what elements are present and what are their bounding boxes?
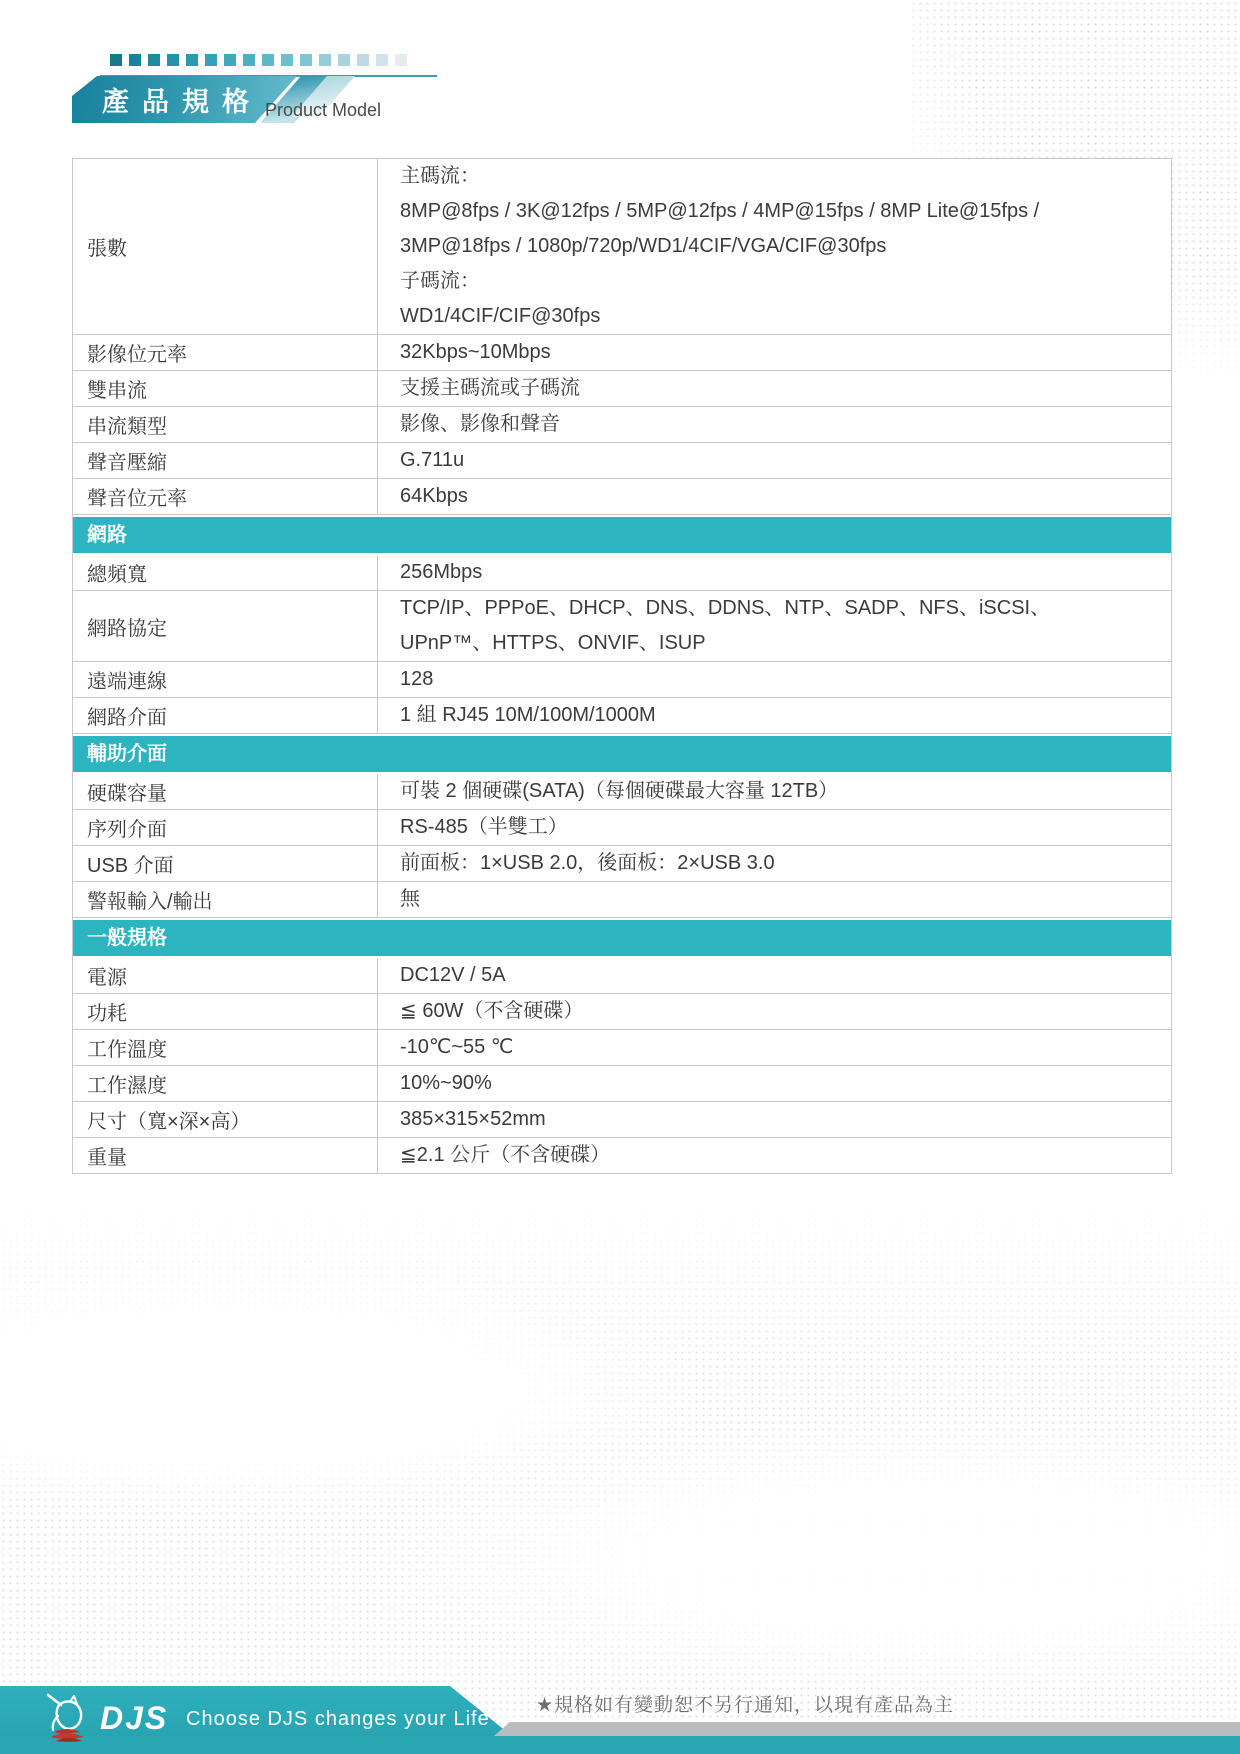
spec-row-label: 重量: [73, 1138, 378, 1173]
spec-row-label: 工作溫度: [73, 1030, 378, 1065]
spec-row-label: USB 介面: [73, 846, 378, 881]
spec-row-label: 影像位元率: [73, 335, 378, 370]
spec-row-value: 影像、影像和聲音: [378, 407, 1171, 442]
spec-row: 遠端連線128: [73, 662, 1171, 698]
spec-value-line: UPnP™、HTTPS、ONVIF、ISUP: [400, 626, 1171, 661]
spec-row: 聲音位元率64Kbps: [73, 479, 1171, 515]
spec-row-label: 序列介面: [73, 810, 378, 845]
spec-table: 張數主碼流：8MP@8fps / 3K@12fps / 5MP@12fps / …: [72, 158, 1172, 1174]
spec-row: 張數主碼流：8MP@8fps / 3K@12fps / 5MP@12fps / …: [73, 159, 1171, 335]
header-square: [376, 54, 388, 66]
spec-value-line: 可裝 2 個硬碟(SATA)（每個硬碟最大容量 12TB）: [400, 774, 1171, 809]
spec-section-header: 網路: [73, 515, 1171, 555]
spec-row: 工作溫度-10℃~55 ℃: [73, 1030, 1171, 1066]
spec-row: 警報輸入/輸出無: [73, 882, 1171, 918]
footer-gray-strip: [494, 1722, 1240, 1736]
spec-row-value: 128: [378, 662, 1171, 697]
spec-row-label: 網路協定: [73, 591, 378, 661]
header-square: [129, 54, 141, 66]
spec-row-label: 電源: [73, 958, 378, 993]
footer-bottom-strip: [0, 1736, 1240, 1754]
page-title: 產品規格: [72, 80, 262, 119]
spec-row-value: 385×315×52mm: [378, 1102, 1171, 1137]
spec-row: 總頻寬256Mbps: [73, 555, 1171, 591]
spec-row: 重量≦2.1 公斤（不含硬碟）: [73, 1138, 1171, 1173]
header-square: [357, 54, 369, 66]
spec-value-line: 無: [400, 882, 1171, 917]
spec-row-label: 串流類型: [73, 407, 378, 442]
unicorn-logo-icon: [40, 1692, 94, 1742]
spec-value-line: WD1/4CIF/CIF@30fps: [400, 299, 1171, 334]
spec-row-label: 雙串流: [73, 371, 378, 406]
spec-row-value: 主碼流：8MP@8fps / 3K@12fps / 5MP@12fps / 4M…: [378, 159, 1171, 334]
spec-row: 功耗≦ 60W（不含硬碟）: [73, 994, 1171, 1030]
spec-value-line: 8MP@8fps / 3K@12fps / 5MP@12fps / 4MP@15…: [400, 194, 1171, 229]
spec-row-label: 尺寸（寬×深×高）: [73, 1102, 378, 1137]
header-square: [224, 54, 236, 66]
section-title-badge: 產品規格: [72, 76, 297, 123]
spec-value-line: ≦2.1 公斤（不含硬碟）: [400, 1138, 1171, 1173]
spec-row-value: G.711u: [378, 443, 1171, 478]
spec-row-label: 聲音壓縮: [73, 443, 378, 478]
spec-value-line: DC12V / 5A: [400, 958, 1171, 993]
spec-row: 序列介面RS-485（半雙工）: [73, 810, 1171, 846]
spec-row-value: DC12V / 5A: [378, 958, 1171, 993]
spec-value-line: -10℃~55 ℃: [400, 1030, 1171, 1065]
spec-row-value: 支援主碼流或子碼流: [378, 371, 1171, 406]
spec-row-value: ≦ 60W（不含硬碟）: [378, 994, 1171, 1029]
header-square: [167, 54, 179, 66]
header-square: [186, 54, 198, 66]
spec-value-line: G.711u: [400, 443, 1171, 478]
spec-value-line: ≦ 60W（不含硬碟）: [400, 994, 1171, 1029]
header-square: [243, 54, 255, 66]
spec-row-value: 256Mbps: [378, 555, 1171, 590]
spec-row-label: 遠端連線: [73, 662, 378, 697]
spec-row-label: 總頻寬: [73, 555, 378, 590]
header-square: [338, 54, 350, 66]
header-square: [281, 54, 293, 66]
spec-row: 網路介面1 組 RJ45 10M/100M/1000M: [73, 698, 1171, 734]
spec-value-line: 3MP@18fps / 1080p/720p/WD1/4CIF/VGA/CIF@…: [400, 229, 1171, 264]
spec-row: 電源DC12V / 5A: [73, 958, 1171, 994]
spec-value-line: 影像、影像和聲音: [400, 407, 1171, 442]
spec-row-label: 網路介面: [73, 698, 378, 733]
header-square: [300, 54, 312, 66]
spec-row: 聲音壓縮G.711u: [73, 443, 1171, 479]
spec-row-value: TCP/IP、PPPoE、DHCP、DNS、DDNS、NTP、SADP、NFS、…: [378, 591, 1171, 661]
spec-row-value: 10%~90%: [378, 1066, 1171, 1101]
spec-row-label: 工作濕度: [73, 1066, 378, 1101]
spec-value-line: 256Mbps: [400, 555, 1171, 590]
background-texture-bottom: [0, 1195, 1240, 1754]
spec-value-line: 128: [400, 662, 1171, 697]
spec-row: 尺寸（寬×深×高）385×315×52mm: [73, 1102, 1171, 1138]
spec-value-line: 385×315×52mm: [400, 1102, 1171, 1137]
spec-row-value: 前面板：1×USB 2.0，後面板：2×USB 3.0: [378, 846, 1171, 881]
spec-row-value: ≦2.1 公斤（不含硬碟）: [378, 1138, 1171, 1173]
spec-row-value: 可裝 2 個硬碟(SATA)（每個硬碟最大容量 12TB）: [378, 774, 1171, 809]
brand-logo-text: DJS: [100, 1700, 168, 1737]
spec-row: 硬碟容量可裝 2 個硬碟(SATA)（每個硬碟最大容量 12TB）: [73, 774, 1171, 810]
spec-value-line: 64Kbps: [400, 479, 1171, 514]
spec-row-label: 張數: [73, 159, 378, 334]
spec-value-line: 主碼流：: [400, 159, 1171, 194]
page-subtitle: Product Model: [265, 100, 381, 121]
spec-value-line: 前面板：1×USB 2.0，後面板：2×USB 3.0: [400, 846, 1171, 881]
spec-row-value: 64Kbps: [378, 479, 1171, 514]
page: 產品規格 Product Model 張數主碼流：8MP@8fps / 3K@1…: [0, 0, 1240, 1754]
header-square: [395, 54, 407, 66]
spec-section-header: 輔助介面: [73, 734, 1171, 774]
spec-value-line: 1 組 RJ45 10M/100M/1000M: [400, 698, 1171, 733]
footer-note: ★規格如有變動恕不另行通知，以現有產品為主: [536, 1690, 954, 1717]
spec-row-label: 硬碟容量: [73, 774, 378, 809]
spec-value-line: 32Kbps~10Mbps: [400, 335, 1171, 370]
spec-row: 雙串流支援主碼流或子碼流: [73, 371, 1171, 407]
spec-value-line: 支援主碼流或子碼流: [400, 371, 1171, 406]
spec-value-line: RS-485（半雙工）: [400, 810, 1171, 845]
spec-row: 影像位元率32Kbps~10Mbps: [73, 335, 1171, 371]
spec-value-line: 子碼流：: [400, 264, 1171, 299]
spec-row-value: 無: [378, 882, 1171, 917]
spec-row: 網路協定TCP/IP、PPPoE、DHCP、DNS、DDNS、NTP、SADP、…: [73, 591, 1171, 662]
spec-row-value: -10℃~55 ℃: [378, 1030, 1171, 1065]
header-squares-decoration: [110, 54, 407, 66]
spec-section-header: 一般規格: [73, 918, 1171, 958]
spec-value-line: TCP/IP、PPPoE、DHCP、DNS、DDNS、NTP、SADP、NFS、…: [400, 591, 1171, 626]
spec-row: 工作濕度10%~90%: [73, 1066, 1171, 1102]
spec-row-value: RS-485（半雙工）: [378, 810, 1171, 845]
spec-row-label: 警報輸入/輸出: [73, 882, 378, 917]
header-square: [205, 54, 217, 66]
header-square: [110, 54, 122, 66]
spec-row-label: 聲音位元率: [73, 479, 378, 514]
spec-value-line: 10%~90%: [400, 1066, 1171, 1101]
header-square: [319, 54, 331, 66]
footer-slogan: Choose DJS changes your Life: [186, 1708, 490, 1731]
spec-row-value: 1 組 RJ45 10M/100M/1000M: [378, 698, 1171, 733]
header-square: [262, 54, 274, 66]
header-square: [148, 54, 160, 66]
spec-row: 串流類型影像、影像和聲音: [73, 407, 1171, 443]
spec-row: USB 介面前面板：1×USB 2.0，後面板：2×USB 3.0: [73, 846, 1171, 882]
spec-row-value: 32Kbps~10Mbps: [378, 335, 1171, 370]
spec-row-label: 功耗: [73, 994, 378, 1029]
